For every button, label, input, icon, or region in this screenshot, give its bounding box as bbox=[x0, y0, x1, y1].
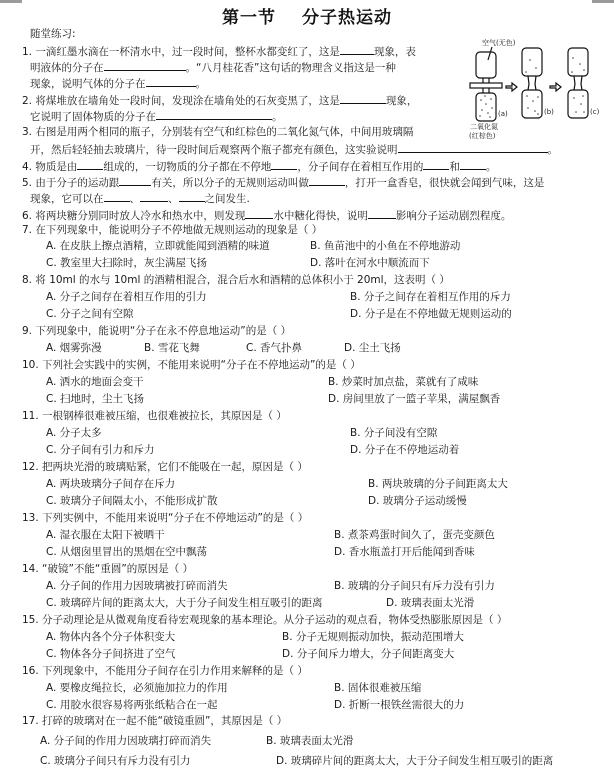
option-9d[interactable]: D. 尘土飞扬 bbox=[344, 341, 401, 355]
answer-blank[interactable] bbox=[340, 43, 374, 55]
question-13-stem: 13. 下列实例中，不能用来说明“分子在不停地运动”的是（ ） bbox=[22, 511, 308, 525]
answer-blank[interactable] bbox=[179, 190, 205, 202]
question-3-line-1: 3. 右图是用两个相同的瓶子，分别装有空气和红棕色的二氧化氮气体，中间用玻璃隔 bbox=[22, 125, 413, 139]
option-12c[interactable]: C. 玻璃分子间隔太小，不能形成扩散 bbox=[46, 494, 218, 508]
option-17c[interactable]: C. 玻璃分子间只有斥力没有引力 bbox=[40, 754, 191, 768]
panel-a-label: (a) bbox=[498, 110, 508, 118]
option-11a[interactable]: A. 分子太多 bbox=[46, 426, 102, 440]
option-8d[interactable]: D. 分子是在不停地做无规则运动的 bbox=[350, 307, 512, 321]
option-7a[interactable]: A. 在皮肤上擦点酒精，立即就能闻到酒精的味道 bbox=[46, 239, 270, 253]
option-17b[interactable]: B. 玻璃表面太光滑 bbox=[266, 734, 353, 748]
diffusion-experiment-figure: 空气(无色) (a) (b) (c) bbox=[468, 38, 608, 134]
question-5-line-1: 5. 由于分子的运动跟有关，所以分子的无规则运动叫做，打开一盒香皂，很快就会闻到… bbox=[22, 174, 544, 190]
option-7d[interactable]: D. 落叶在河水中顺流而下 bbox=[310, 256, 430, 270]
option-15a[interactable]: A. 物体内各个分子体积变大 bbox=[46, 630, 175, 644]
option-9c[interactable]: C. 香气扑鼻 bbox=[246, 341, 302, 355]
option-14b[interactable]: B. 玻璃的分子间只有斥力没有引力 bbox=[334, 579, 495, 593]
answer-blank[interactable] bbox=[77, 158, 103, 170]
option-16a[interactable]: A. 要橡皮绳拉长，必须施加拉力的作用 bbox=[46, 681, 228, 695]
gas-jars-diagram bbox=[468, 38, 608, 134]
question-17-stem: 17. 打碎的玻璃对在一起不能“破镜重圆”，其原因是（ ） bbox=[22, 714, 287, 728]
answer-blank[interactable] bbox=[245, 207, 273, 219]
option-17d[interactable]: D. 玻璃碎片间的距离太大，大于分子间发生相互吸引的距离 bbox=[276, 754, 553, 768]
page-title: 第一节分子热运动 bbox=[0, 3, 614, 28]
option-15b[interactable]: B. 分子无规则振动加快，振动范围增大 bbox=[282, 630, 464, 644]
option-10d[interactable]: D. 房间里放了一篮子苹果，满屋飘香 bbox=[328, 392, 500, 406]
question-3-line-2: 开，然后轻轻抽去玻璃片，待一段时间后观察两个瓶子都充有颜色，这实验说明。 bbox=[30, 141, 558, 157]
answer-blank[interactable] bbox=[104, 190, 130, 202]
option-13c[interactable]: C. 从烟囱里冒出的黑烟在空中飘荡 bbox=[46, 545, 207, 559]
question-1-line-3: 现象，说明气体的分子在。 bbox=[30, 75, 206, 91]
question-10-stem: 10. 下列社会实践中的实例，不能用来说明“分子在不停地运动”的是（ ） bbox=[22, 358, 361, 372]
panel-b-label: (b) bbox=[544, 108, 554, 116]
option-14a[interactable]: A. 分子间的作用力因玻璃被打碎而消失 bbox=[46, 579, 228, 593]
air-label: 空气(无色) bbox=[482, 38, 515, 48]
question-4: 4. 物质是由组成的，一切物质的分子都在不停地，分子间存在着相互作用的和。 bbox=[22, 158, 496, 174]
option-13d[interactable]: D. 香水瓶盖打开后能闻到香味 bbox=[334, 545, 475, 559]
question-8-stem: 8. 将 10ml 的水与 10ml 的酒精相混合，混合后水和酒精的总体积小于 … bbox=[22, 273, 450, 287]
question-2-line-1: 2. 将煤堆放在墙角处一段时间，发现涂在墙角处的石灰变黑了，这是现象， bbox=[22, 92, 417, 108]
option-12d[interactable]: D. 玻璃分子运动缓慢 bbox=[368, 494, 467, 508]
question-7-stem: 7. 在下列现象中，能说明分子不停地做无规则运动的现象是（ ） bbox=[22, 223, 322, 237]
panel-c-label: (c) bbox=[590, 108, 599, 116]
option-12b[interactable]: B. 两块玻璃的分子间距离太大 bbox=[368, 477, 508, 491]
answer-blank[interactable] bbox=[146, 75, 196, 87]
answer-blank[interactable] bbox=[271, 158, 297, 170]
answer-blank[interactable] bbox=[119, 174, 151, 186]
answer-blank[interactable] bbox=[309, 174, 345, 186]
question-11-stem: 11. 一根钢棒很难被压缩，也很难被拉长，其原因是（ ） bbox=[22, 409, 287, 423]
question-5-line-2: 现象，它可以在、、之间发生. bbox=[30, 190, 250, 206]
answer-blank[interactable] bbox=[340, 92, 386, 104]
question-16-stem: 16. 下列现象中，不能用分子间存在引力作用来解释的是（ ） bbox=[22, 664, 308, 678]
option-14d[interactable]: D. 玻璃表面太光滑 bbox=[386, 596, 474, 610]
section-label: 随堂练习: bbox=[30, 27, 76, 41]
option-8a[interactable]: A. 分子之间存在着相互作用的引力 bbox=[46, 290, 207, 304]
option-8b[interactable]: B. 分子之间存在着相互作用的斥力 bbox=[350, 290, 511, 304]
option-16d[interactable]: D. 折断一根铁丝需很大的力 bbox=[334, 698, 464, 712]
answer-blank[interactable] bbox=[398, 141, 548, 153]
option-11b[interactable]: B. 分子间没有空隙 bbox=[350, 426, 437, 440]
question-2-line-2: 它说明了固体物质的分子在。 bbox=[30, 108, 283, 124]
answer-blank[interactable] bbox=[104, 59, 186, 71]
option-17a[interactable]: A. 分子间的作用力因玻璃打碎而消失 bbox=[40, 734, 211, 748]
title-section-number: 第一节 bbox=[222, 8, 276, 28]
option-10a[interactable]: A. 洒水的地面会变干 bbox=[46, 375, 144, 389]
option-13a[interactable]: A. 湿衣服在太阳下被晒干 bbox=[46, 528, 165, 542]
question-12-stem: 12. 把两块光滑的玻璃贴紧，它们不能吸在一起，原因是（ ） bbox=[22, 460, 308, 474]
option-9a[interactable]: A. 烟雾弥漫 bbox=[46, 341, 102, 355]
option-9b[interactable]: B. 雪花飞舞 bbox=[144, 341, 200, 355]
option-16c[interactable]: C. 用胶水很容易将两张纸粘合在一起 bbox=[46, 698, 218, 712]
answer-blank[interactable] bbox=[140, 190, 168, 202]
question-1-line-2: 明液体的分子在。“八月桂花香”这句话的物理含义指这是一种 bbox=[30, 59, 396, 75]
option-7b[interactable]: B. 鱼苗池中的小鱼在不停地游动 bbox=[310, 239, 460, 253]
option-7c[interactable]: C. 教室里大扫除时，灰尘满屋飞扬 bbox=[46, 256, 207, 270]
answer-blank[interactable] bbox=[368, 207, 396, 219]
no2-label-line-2: (红棕色) bbox=[469, 131, 495, 141]
question-6: 6. 将两块糖分别同时放人冷水和热水中，则发现水中糖化得快，说明影响分子运动剧烈… bbox=[22, 207, 511, 223]
question-15-stem: 15. 分子动理论是从微观角度看待宏观现象的基本理论。从分子运动的观点看，物体受… bbox=[22, 613, 507, 627]
question-9-stem: 9. 下列现象中，能说明“分子在永不停息地运动”的是（ ） bbox=[22, 324, 291, 338]
option-10c[interactable]: C. 扫地时，尘土飞扬 bbox=[46, 392, 144, 406]
option-14c[interactable]: C. 玻璃碎片间的距离太大，大于分子间发生相互吸引的距离 bbox=[46, 596, 323, 610]
answer-blank[interactable] bbox=[423, 158, 449, 170]
title-topic: 分子热运动 bbox=[302, 8, 392, 28]
option-15c[interactable]: C. 物体各分子间挤进了空气 bbox=[46, 647, 176, 661]
option-15d[interactable]: D. 分子间斥力增大，分子间距离变大 bbox=[282, 647, 454, 661]
answer-blank[interactable] bbox=[156, 108, 272, 120]
option-8c[interactable]: C. 分子之间有空隙 bbox=[46, 307, 134, 321]
option-11d[interactable]: D. 分子在不停地运动着 bbox=[350, 443, 459, 457]
option-12a[interactable]: A. 两块玻璃分子间存在斥力 bbox=[46, 477, 175, 491]
question-14-stem: 14. “破镜”不能“重圆”的原因是（ ） bbox=[22, 562, 193, 576]
option-11c[interactable]: C. 分子间有引力和斥力 bbox=[46, 443, 155, 457]
answer-blank[interactable] bbox=[460, 158, 486, 170]
question-1-line-1: 1. 一滴红墨水滴在一杯清水中，过一段时间，整杯水都变红了，这是现象，表 bbox=[22, 43, 416, 59]
option-10b[interactable]: B. 炒菜时加点盐，菜就有了咸味 bbox=[328, 375, 478, 389]
option-13b[interactable]: B. 煮茶鸡蛋时间久了，蛋壳变颜色 bbox=[334, 528, 495, 542]
option-16b[interactable]: B. 固体很难被压缩 bbox=[334, 681, 421, 695]
